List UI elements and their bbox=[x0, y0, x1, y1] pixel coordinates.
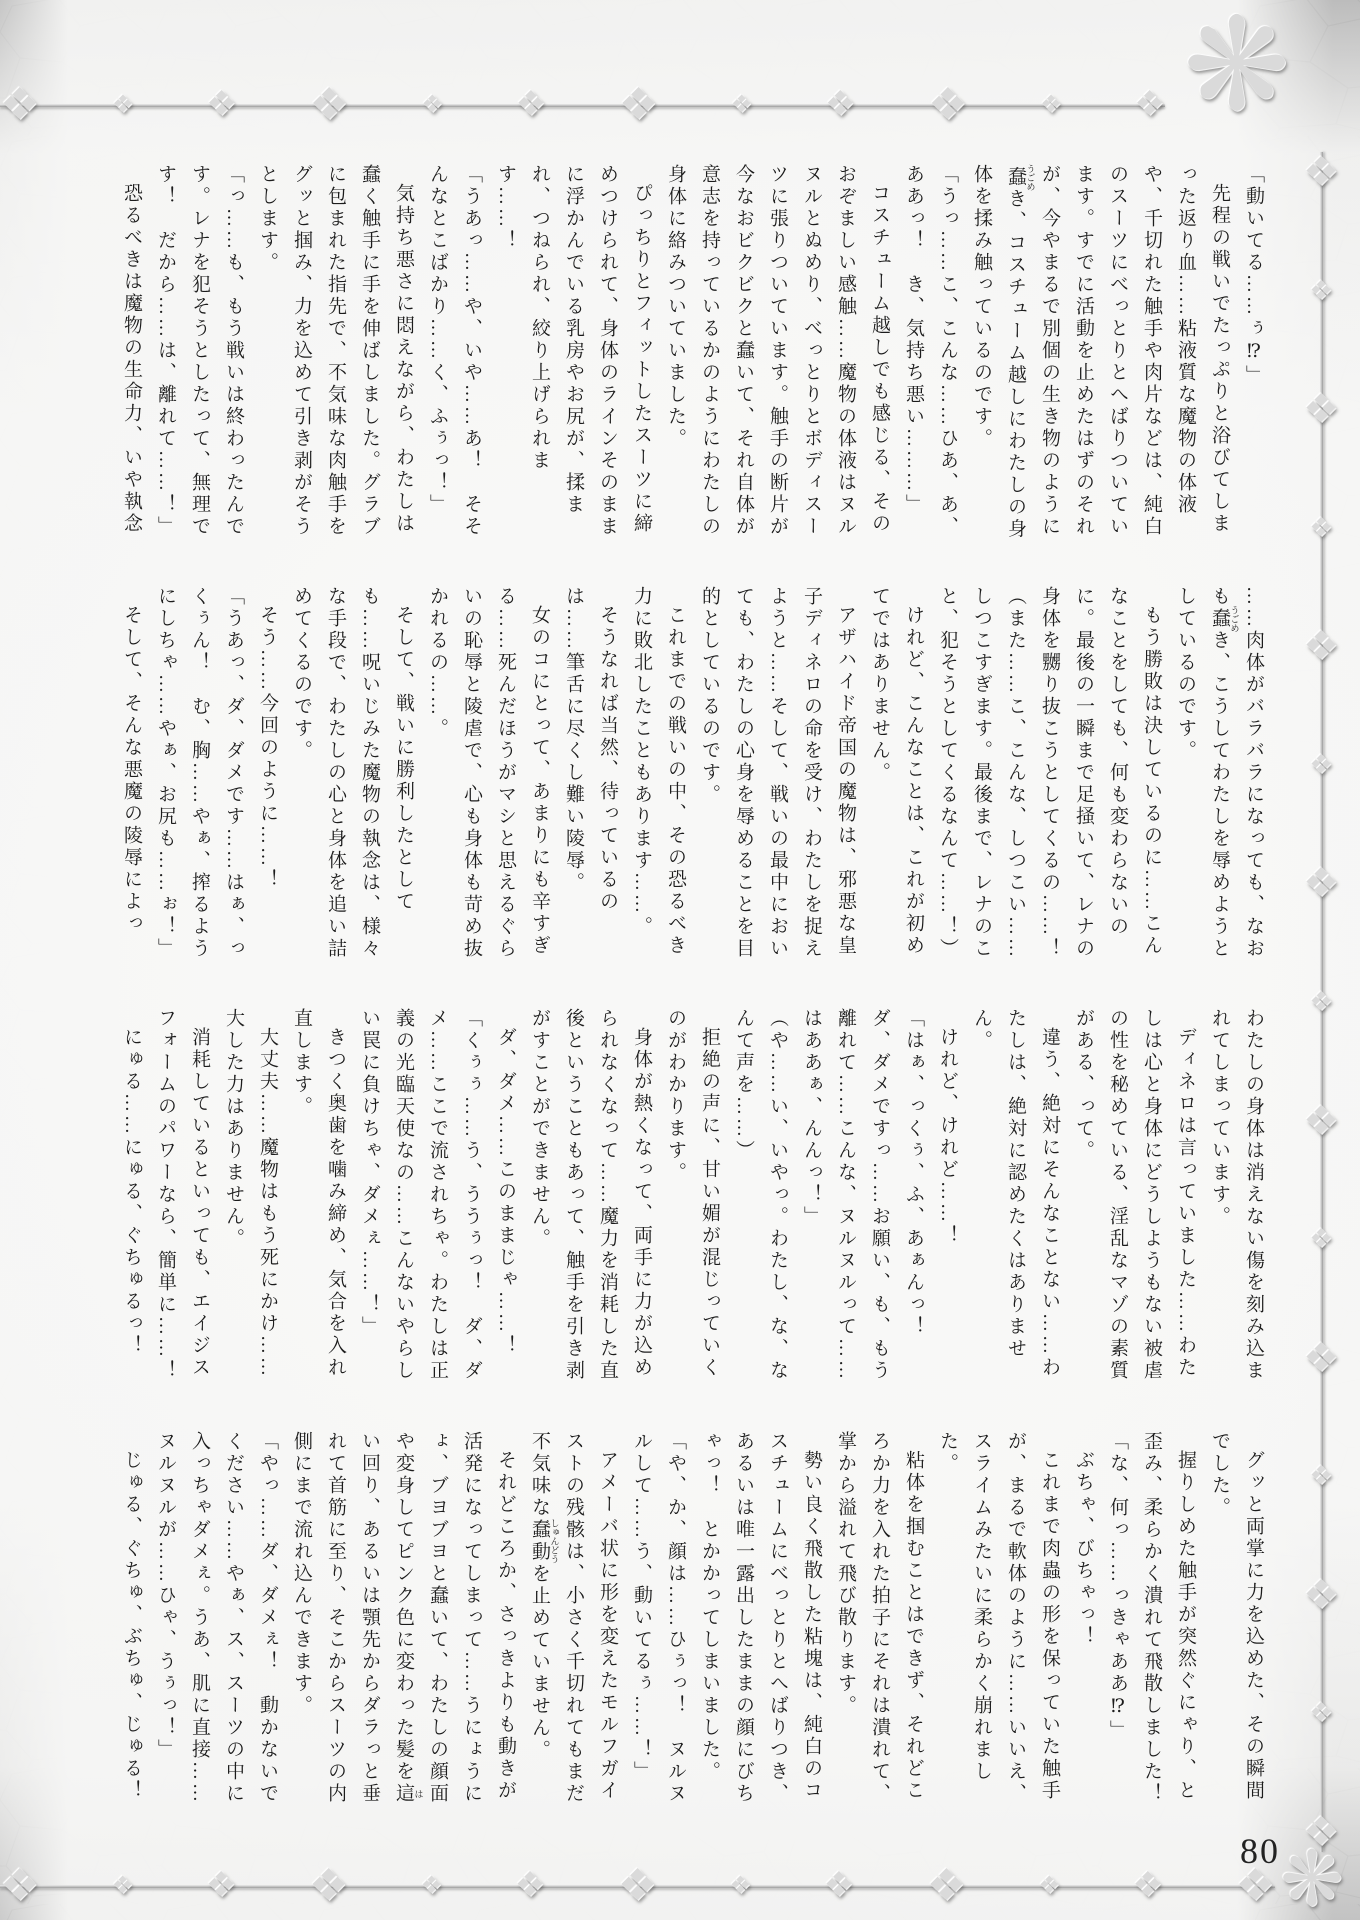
paragraph: これまで肉蟲の形を保っていた触手が、まるで軟体のように……いいえ、スライムみたい… bbox=[930, 1431, 1066, 1823]
top-right-corner-ornament-icon: ❋ bbox=[1183, 2, 1290, 130]
paragraph: これまでの戦いの中、その恐るべき力に敗北したこともあります……。 bbox=[624, 586, 692, 978]
paragraph: （や……い、いやっ。わたし、な、なんて声を……） bbox=[726, 1008, 794, 1400]
paragraph: 勢い良く飛散した粘塊は、純白のコスチュームにべっとりとへばりつき、あるいは唯一露… bbox=[692, 1431, 828, 1823]
paragraph: もう勝敗は決しているのに……こんなことをしても、何も変わらないのに。最後の一瞬ま… bbox=[1032, 586, 1168, 978]
diamond-ornament-icon: ❖ bbox=[927, 1864, 966, 1908]
paragraph: 「っ……も、もう戦いは終わったんです。レナを犯そうとしたって、無理です！ だから… bbox=[148, 164, 250, 556]
paragraph: 握りしめた触手が突然ぐにゃり、と歪み、柔らかく潰れて飛散しました！ bbox=[1134, 1431, 1202, 1823]
diamond-ornament-icon: ❖ bbox=[1309, 1463, 1332, 1489]
paragraph: それどころか、さっきよりも動きが活発になってしまって……うにょうにょ、ブヨブヨと… bbox=[284, 1431, 522, 1823]
diamond-ornament-icon: ❖ bbox=[1134, 88, 1164, 122]
paragraph: 消耗しているといっても、エイジスフォームのパワーなら、簡単に……！ bbox=[148, 1008, 216, 1400]
paragraph: アメーバ状に形を変えたモルフガイストの残骸は、小さく千切れてもまだ不気味な蠢動し… bbox=[522, 1431, 624, 1823]
text-band-1: 「動いてる……ぅ⁉」先程の戦いでたっぷりと浴びてしまった返り血……粘液質な魔物の… bbox=[112, 164, 1270, 556]
page-number: 80 bbox=[1240, 1830, 1280, 1872]
diamond-ornament-icon: ❖ bbox=[730, 1874, 752, 1898]
diamond-ornament-icon: ❖ bbox=[112, 93, 134, 117]
right-border-ornament: ❖❖❖❖❖❖❖❖❖❖❖❖❖❖❖ bbox=[1292, 152, 1350, 1852]
top-border-ornament: ❖❖❖❖❖❖❖❖❖❖❖❖ bbox=[0, 72, 1165, 138]
diamond-ornament-icon: ❖ bbox=[0, 1864, 39, 1908]
paragraph: きつく奥歯を噛み締め、気合を入れ直します。 bbox=[284, 1008, 352, 1400]
diamond-ornament-icon: ❖ bbox=[928, 83, 967, 127]
paragraph: 「うあっ、ダ、ダメです……はぁ、っくぅん！ む、胸……やぁ、搾るようにしちゃ……… bbox=[148, 586, 250, 978]
text-band-2: ……肉体がバラバラになっても、なおも蠢うごめき、こうしてわたしを辱めようとしてい… bbox=[112, 586, 1270, 978]
diamond-ornament-icon: ❖ bbox=[1303, 152, 1339, 192]
diamond-ornament-icon: ❖ bbox=[824, 1869, 854, 1903]
paragraph: ぶちゃ、びちゃっ！ bbox=[1066, 1431, 1100, 1823]
paragraph: 「うあっ……や、いや……あ！ そそんなとこばかり……く、ふぅっ！」 bbox=[420, 164, 488, 556]
diamond-ornament-icon: ❖ bbox=[0, 83, 39, 127]
paragraph: 拒絶の声に、甘い媚が混じっていくのがわかります。 bbox=[658, 1008, 726, 1400]
paragraph: 「うっ……こ、こんな……ひあ、あ、ああっ！ き、気持ち悪い………」 bbox=[896, 164, 964, 556]
diamond-ornament-icon: ❖ bbox=[1309, 1226, 1332, 1252]
diamond-ornament-icon: ❖ bbox=[1132, 1869, 1162, 1903]
paragraph: ダ、ダメ……このままじゃ……！ bbox=[488, 1008, 522, 1400]
paragraph: けれど、けれど……！ bbox=[930, 1008, 964, 1400]
paragraph: そうなれば当然、待っているのは……筆舌に尽くし難い陵辱。 bbox=[556, 586, 624, 978]
paragraph: わたしの身体は消えない傷を刻み込まれてしまっています。 bbox=[1202, 1008, 1270, 1400]
text-band-3: わたしの身体は消えない傷を刻み込まれてしまっています。ディネロは言っていました…… bbox=[112, 1008, 1270, 1400]
paragraph: 先程の戦いでたっぷりと浴びてしまった返り血……粘液質な魔物の体液や、千切れた触手… bbox=[964, 164, 1236, 556]
paragraph: 粘体を掴むことはできず、それどころか力を入れた拍子にそれは潰れて、掌から溢れて飛… bbox=[828, 1431, 930, 1823]
diamond-ornament-icon: ❖ bbox=[515, 1869, 545, 1903]
paragraph: 身体が熱くなって、両手に力が込められなくなって……魔力を消耗した直後ということも… bbox=[522, 1008, 658, 1400]
paragraph: 女のコにとって、あまりにも辛すぎる……死んだほうがマシと思えるぐらいの恥辱と陵虐… bbox=[420, 586, 556, 978]
diamond-ornament-icon: ❖ bbox=[1303, 626, 1339, 666]
diamond-ornament-icon: ❖ bbox=[1309, 752, 1332, 778]
paragraph: コスチューム越しでも感じる、そのおぞましい感触……魔物の体液はヌルヌルとぬめり、… bbox=[658, 164, 896, 556]
paragraph: 気持ち悪さに悶えながら、わたしは蠢く触手に手を伸ばしました。グラブに包まれた指先… bbox=[250, 164, 420, 556]
paragraph: けれど、こんなことは、これが初めてではありません。 bbox=[862, 586, 930, 978]
paragraph: 「な、何っ……っきゃああ⁉」 bbox=[1100, 1431, 1134, 1823]
paragraph: にゅる……にゅる、ぐちゅるっ！ bbox=[114, 1008, 148, 1400]
diamond-ornament-icon: ❖ bbox=[1309, 989, 1332, 1015]
paragraph: そして、戦いに勝利したとしても……呪いじみた魔物の執念は、様々な手段で、わたしの… bbox=[284, 586, 420, 978]
paragraph: 「はぁ、っくぅ、ふ、あぁんっ！ ダ、ダメですっ……お願い、も、もう離れて……こん… bbox=[794, 1008, 930, 1400]
paragraph: 「やっ……ダ、ダメぇ！ 動かないでください……やぁ、ス、スーツの中に入っちゃダメ… bbox=[148, 1431, 284, 1823]
paragraph: （また……こ、こんな、しつこい……しつこすぎます。最後まで、レナのこと、犯そうと… bbox=[930, 586, 1032, 978]
diamond-ornament-icon: ❖ bbox=[206, 1869, 236, 1903]
diamond-ornament-icon: ❖ bbox=[1303, 1338, 1339, 1378]
diamond-ornament-icon: ❖ bbox=[309, 1864, 348, 1908]
diamond-ornament-icon: ❖ bbox=[1303, 1101, 1339, 1141]
text-band-4: グッと両掌に力を込めた、その瞬間でした。握りしめた触手が突然ぐにゃり、と歪み、柔… bbox=[112, 1431, 1270, 1823]
diamond-ornament-icon: ❖ bbox=[421, 1874, 443, 1898]
paragraph: 「くぅぅ……う、ううぅっ！ ダ、ダメ……ここで流されちゃ。わたしは正義の光臨天使… bbox=[352, 1008, 488, 1400]
paragraph: 違う、絶対にそんなことない……わたしは、絶対に認めたくはありません。 bbox=[964, 1008, 1066, 1400]
paragraph: ディネロは言っていました……わたしは心と身体にどうしようもない被虐の性を秘めてい… bbox=[1066, 1008, 1202, 1400]
paragraph: 聞くに堪えない粘音を響かせながら、 bbox=[112, 1431, 114, 1823]
diamond-ornament-icon: ❖ bbox=[1309, 278, 1332, 304]
paragraph: 恐るべきは魔物の生命力、いや執念でしょう。完全にトドメは刺したのに bbox=[112, 164, 148, 556]
diamond-ornament-icon: ❖ bbox=[309, 83, 348, 127]
diamond-ornament-icon: ❖ bbox=[1309, 515, 1332, 541]
diamond-ornament-icon: ❖ bbox=[1303, 1575, 1339, 1615]
diamond-ornament-icon: ❖ bbox=[206, 88, 236, 122]
paragraph: グッと両掌に力を込めた、その瞬間でした。 bbox=[1202, 1431, 1270, 1823]
diamond-ornament-icon: ❖ bbox=[1303, 389, 1339, 429]
diamond-ornament-icon: ❖ bbox=[1309, 1700, 1332, 1726]
bottom-border-ornament: ❖❖❖❖❖❖❖❖❖❖❖❖❖ bbox=[0, 1856, 1275, 1916]
bottom-right-corner-ornament-icon: ❋ bbox=[1280, 1842, 1344, 1918]
paragraph: アザハイド帝国の魔物は、邪悪な皇子ディネロの命を受け、わたしを捉えようと……そし… bbox=[692, 586, 862, 978]
diamond-ornament-icon: ❖ bbox=[618, 1864, 657, 1908]
paragraph: そう……今回のように……！ bbox=[250, 586, 284, 978]
paragraph: 大丈夫……魔物はもう死にかけ……大した力はありません。 bbox=[216, 1008, 284, 1400]
paragraph: ぴっちりとフィットしたスーツに締めつけられて、身体のラインそのままに浮かんでいる… bbox=[488, 164, 658, 556]
diamond-ornament-icon: ❖ bbox=[731, 93, 753, 117]
paragraph: じゅる、ぐちゅ、ぶちゅ、じゅる！ bbox=[114, 1431, 148, 1823]
paragraph: 「動いてる……ぅ⁉」 bbox=[1236, 164, 1270, 556]
diamond-ornament-icon: ❖ bbox=[1040, 93, 1062, 117]
book-page: { "page": { "number": "80", "colors": { … bbox=[0, 0, 1360, 1920]
diamond-ornament-icon: ❖ bbox=[516, 88, 546, 122]
diamond-ornament-icon: ❖ bbox=[825, 88, 855, 122]
diamond-ornament-icon: ❖ bbox=[112, 1874, 134, 1898]
diamond-ornament-icon: ❖ bbox=[421, 93, 443, 117]
diamond-ornament-icon: ❖ bbox=[1303, 863, 1339, 903]
diamond-ornament-icon: ❖ bbox=[1039, 1874, 1061, 1898]
diamond-ornament-icon: ❖ bbox=[619, 83, 658, 127]
paragraph: ……肉体がバラバラになっても、なおも蠢うごめき、こうしてわたしを辱めようとしてい… bbox=[1168, 586, 1270, 978]
paragraph: 「や、か、顔は……ひぅっ！ ヌルヌルして……う、動いてるぅ……！」 bbox=[624, 1431, 692, 1823]
paragraph: そして、そんな悪魔の陵辱によって、 bbox=[112, 586, 148, 978]
